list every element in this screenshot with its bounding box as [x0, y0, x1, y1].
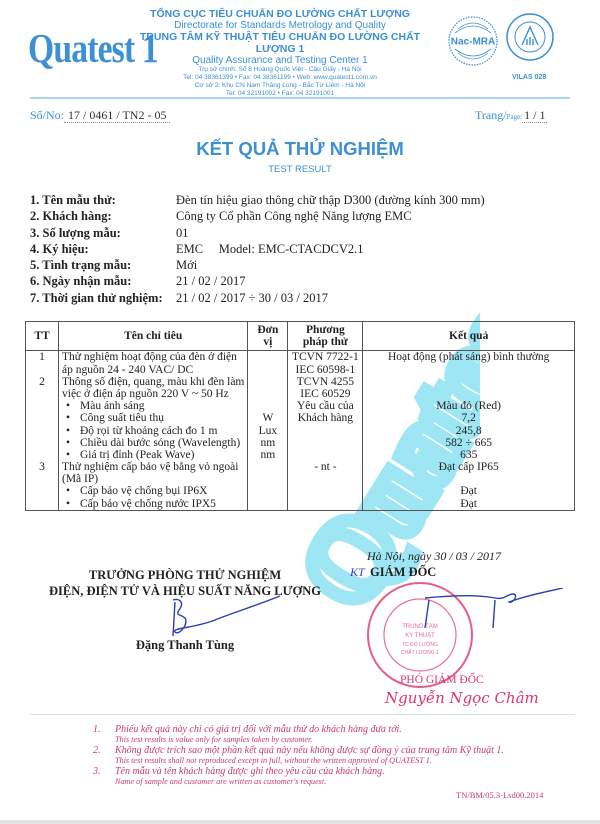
- info-value: 21 / 02 / 2017: [176, 273, 245, 289]
- table-cell-method: [291, 485, 359, 497]
- info-row: 3. Số lượng mẫu:01: [30, 225, 485, 241]
- table-body-row: 1 2 3 Thử nghiệm hoạt động của đèn ở điệ…: [26, 351, 575, 510]
- table-cell-unit: [251, 461, 284, 473]
- address-main: Trụ sở chính: Số 8 Hoàng Quốc Việt - Cầu…: [130, 66, 430, 74]
- table-cell-unit: Lux: [251, 425, 284, 437]
- table-cell-unit: [251, 473, 284, 485]
- table-cell-unit: [251, 351, 284, 363]
- document-number-value: 17 / 0461 / TN2 - 05: [64, 108, 170, 123]
- info-row: 6. Ngày nhận mẫu:21 / 02 / 2017: [30, 273, 485, 289]
- table-cell-result: 635: [366, 449, 571, 461]
- note-item: 1.Phiếu kết quả này chỉ có giá trị đối v…: [93, 724, 504, 745]
- column-name: Thử nghiệm hoạt động của đèn ở điệnáp ng…: [59, 351, 248, 510]
- table-cell-name: Thử nghiệm hoạt động của đèn ở điện: [62, 351, 244, 363]
- table-cell-method: TCVN 4255: [291, 376, 359, 388]
- table-header-row: TT Tên chỉ tiêu Đơnvị Phươngpháp thử Kết…: [26, 322, 575, 351]
- info-row: 1. Tên mẫu thử:Đèn tín hiệu giao thông c…: [30, 192, 485, 208]
- table-cell-method: [291, 425, 359, 437]
- page-number: Trang/Page:1 / 1: [475, 108, 547, 123]
- table-cell-method: Yêu cầu của: [291, 400, 359, 412]
- bureau-accreditation-seal-icon: [505, 12, 555, 68]
- info-row: 5. Tình trạng mẫu:Mới: [30, 257, 485, 273]
- column-unit: WLuxnmnm: [248, 351, 288, 510]
- table-cell-result: 582 ÷ 665: [366, 437, 571, 449]
- header-unit: Đơnvị: [248, 322, 288, 351]
- header-method: Phươngpháp thử: [288, 322, 363, 351]
- agency-vi: TỔNG CỤC TIÊU CHUẨN ĐO LƯỜNG CHẤT LƯỢNG: [130, 8, 430, 20]
- note-en: This test results is value only for samp…: [115, 735, 402, 745]
- center-en: Quality Assurance and Testing Center 1: [130, 55, 430, 66]
- table-cell-method: [291, 473, 359, 485]
- table-cell-method: Khách hàng: [291, 412, 359, 424]
- director-signature: [395, 588, 565, 628]
- table-cell-name: Cấp bảo vệ chống nước IPX5: [62, 498, 244, 510]
- footer-divider: [30, 714, 575, 715]
- header-result: Kết quả: [363, 322, 575, 351]
- table-cell-name: Màu ánh sáng: [62, 400, 244, 412]
- note-en: This test results shall not reproduced e…: [115, 756, 504, 766]
- info-label: 3. Số lượng mẫu:: [30, 225, 176, 241]
- table-cell-tt: 2: [29, 376, 55, 388]
- lab-head-name: Đặng Thanh Tùng: [40, 638, 330, 653]
- column-tt: 1 2 3: [26, 351, 59, 510]
- table-cell-tt: [29, 485, 55, 497]
- table-cell-method: IEC 60529: [291, 388, 359, 400]
- info-value: Đèn tín hiệu giao thông chữ thập D300 (đ…: [176, 192, 485, 208]
- info-label: 5. Tình trạng mẫu:: [30, 257, 176, 273]
- table-cell-result: Màu đỏ (Red): [366, 400, 571, 412]
- table-cell-unit: [251, 498, 284, 510]
- table-cell-method: [291, 498, 359, 510]
- info-label: 4. Ký hiệu:: [30, 241, 176, 257]
- note-en: Name of sample and customer are written …: [115, 777, 385, 787]
- table-cell-method: - nt -: [291, 461, 359, 473]
- table-cell-method: [291, 437, 359, 449]
- svg-text:TC ĐO LƯỜNG: TC ĐO LƯỜNG: [402, 641, 438, 648]
- table-cell-tt: [29, 437, 55, 449]
- vice-director-name: Nguyễn Ngọc Châm: [385, 689, 539, 707]
- table-cell-result: [366, 376, 571, 388]
- table-cell-method: IEC 60598-1: [291, 364, 359, 376]
- note-item: 3.Tên mẫu và tên khách hàng được ghi the…: [93, 766, 504, 787]
- address-branch: Cơ sở 2: Khu CN Nam Thăng Long - Bắc Từ …: [130, 82, 430, 90]
- note-number: 1.: [93, 724, 115, 745]
- note-vi: Tên mẫu và tên khách hàng được ghi theo …: [115, 766, 385, 777]
- table-cell-result: Hoạt động (phát sáng) bình thường: [366, 351, 571, 363]
- table-cell-tt: [29, 425, 55, 437]
- table-cell-tt: [29, 364, 55, 376]
- table-cell-unit: W: [251, 412, 284, 424]
- column-method: TCVN 7722-1IEC 60598-1TCVN 4255IEC 60529…: [288, 351, 363, 510]
- table-cell-unit: [251, 388, 284, 400]
- info-value: 21 / 02 / 2017 ÷ 30 / 03 / 2017: [176, 290, 328, 306]
- results-table: TT Tên chỉ tiêu Đơnvị Phươngpháp thử Kết…: [25, 321, 575, 511]
- table-cell-name: Giá trị đỉnh (Peak Wave): [62, 449, 244, 461]
- table-cell-unit: [251, 376, 284, 388]
- table-cell-result: 7,2: [366, 412, 571, 424]
- center-vi: TRUNG TÂM KỸ THUẬT TIÊU CHUẨN ĐO LƯỜNG C…: [130, 31, 430, 55]
- document-number-label: Số/No:: [30, 108, 64, 122]
- sample-info: 1. Tên mẫu thử:Đèn tín hiệu giao thông c…: [30, 192, 485, 306]
- document-number: Số/No:17 / 0461 / TN2 - 05: [30, 108, 170, 123]
- table-cell-name: Chiều dài bước sóng (Wavelength): [62, 437, 244, 449]
- lab-head-signature: [155, 592, 285, 642]
- info-label: 7. Thời gian thử nghiệm:: [30, 290, 176, 306]
- info-value: Công ty Cổ phần Công nghệ Năng lượng EMC: [176, 208, 412, 224]
- header-organization: TỔNG CỤC TIÊU CHUẨN ĐO LƯỜNG CHẤT LƯỢNG …: [130, 8, 430, 98]
- page-bottom-edge: [0, 820, 600, 824]
- page-label-en: Page:: [507, 113, 523, 121]
- form-code: TN/BM/05.3-Lsd00.2014: [456, 790, 543, 800]
- table-cell-name: (Mã IP): [62, 473, 244, 485]
- table-cell-name: áp nguồn 24 - 240 VAC/ DC: [62, 364, 244, 376]
- info-row: 7. Thời gian thử nghiệm:21 / 02 / 2017 ÷…: [30, 290, 485, 306]
- column-result: Hoạt động (phát sáng) bình thường Màu đỏ…: [363, 351, 575, 510]
- place-date: Hà Nội, ngày 30 / 03 / 2017: [367, 549, 501, 564]
- table-cell-unit: [251, 485, 284, 497]
- info-value: 01: [176, 225, 189, 241]
- contact-main: Tel: 04 38361399 • Fax: 04 38361199 • We…: [130, 74, 430, 82]
- table-cell-tt: [29, 400, 55, 412]
- info-label: 2. Khách hàng:: [30, 208, 176, 224]
- svg-text:KỸ THUẬT: KỸ THUẬT: [405, 632, 435, 639]
- info-value: Mới: [176, 257, 197, 273]
- note-vi: Không được trích sao một phần kết quả nà…: [115, 745, 504, 756]
- table-cell-tt: [29, 412, 55, 424]
- table-cell-result: 245,8: [366, 425, 571, 437]
- note-vi: Phiếu kết quả này chỉ có giá trị đối với…: [115, 724, 402, 735]
- table-cell-tt: 3: [29, 461, 55, 473]
- table-cell-tt: [29, 473, 55, 485]
- page-number-value: 1 / 1: [522, 108, 547, 123]
- note-item: 2.Không được trích sao một phần kết quả …: [93, 745, 504, 766]
- table-cell-tt: [29, 498, 55, 510]
- note-number: 3.: [93, 766, 115, 787]
- table-cell-tt: [29, 449, 55, 461]
- header-name: Tên chỉ tiêu: [59, 322, 248, 351]
- vice-director-title: PHÓ GIÁM ĐỐC: [400, 674, 484, 686]
- document-subtitle: TEST RESULT: [0, 164, 600, 175]
- table-cell-result: Đạt: [366, 498, 571, 510]
- footer-notes: 1.Phiếu kết quả này chỉ có giá trị đối v…: [93, 724, 504, 787]
- info-value: EMC Model: EMC-CTACDCV2.1: [176, 241, 364, 257]
- table-cell-result: Đạt cấp IP65: [366, 461, 571, 473]
- table-cell-tt: 1: [29, 351, 55, 363]
- note-number: 2.: [93, 745, 115, 766]
- table-cell-tt: [29, 388, 55, 400]
- table-cell-name: Thông số điện, quang, màu khi đèn làm: [62, 376, 244, 388]
- info-label: 6. Ngày nhận mẫu:: [30, 273, 176, 289]
- director-proxy-mark: KT: [350, 565, 365, 580]
- info-row: 4. Ký hiệu:EMC Model: EMC-CTACDCV2.1: [30, 241, 485, 257]
- info-row: 2. Khách hàng:Công ty Cổ phần Công nghệ …: [30, 208, 485, 224]
- table-cell-result: Đạt: [366, 485, 571, 497]
- page-label-vi: Trang/: [475, 108, 507, 122]
- table-cell-result: [366, 388, 571, 400]
- table-cell-name: Cấp bảo vệ chống bụi IP6X: [62, 485, 244, 497]
- table-cell-method: TCVN 7722-1: [291, 351, 359, 363]
- agency-en: Directorate for Standards Metrology and …: [130, 20, 430, 31]
- table-cell-name: Công suất tiêu thụ: [62, 412, 244, 424]
- svg-text:Nac-MRA: Nac-MRA: [451, 37, 495, 48]
- director-title: GIÁM ĐỐC: [370, 565, 436, 580]
- header-divider: [30, 97, 570, 99]
- table-cell-name: việc ở điện áp nguồn 220 V ~ 50 Hz: [62, 388, 244, 400]
- table-cell-name: Độ rọi từ khoảng cách đo 1 m: [62, 425, 244, 437]
- table-cell-unit: nm: [251, 437, 284, 449]
- svg-text:CHẤT LƯỢNG 1: CHẤT LƯỢNG 1: [401, 649, 439, 656]
- table-cell-result: [366, 364, 571, 376]
- table-cell-method: [291, 449, 359, 461]
- info-label: 1. Tên mẫu thử:: [30, 192, 176, 208]
- document-title: KẾT QUẢ THỬ NGHIỆM: [0, 138, 600, 160]
- nac-mra-seal-icon: Nac-MRA: [447, 15, 499, 67]
- header-tt: TT: [26, 322, 59, 351]
- table-cell-unit: [251, 400, 284, 412]
- table-cell-unit: nm: [251, 449, 284, 461]
- table-cell-name: Thử nghiệm cấp bảo vệ bằng vỏ ngoài: [62, 461, 244, 473]
- vilas-code: VILAS 028: [512, 74, 546, 81]
- table-cell-unit: [251, 364, 284, 376]
- table-cell-result: [366, 473, 571, 485]
